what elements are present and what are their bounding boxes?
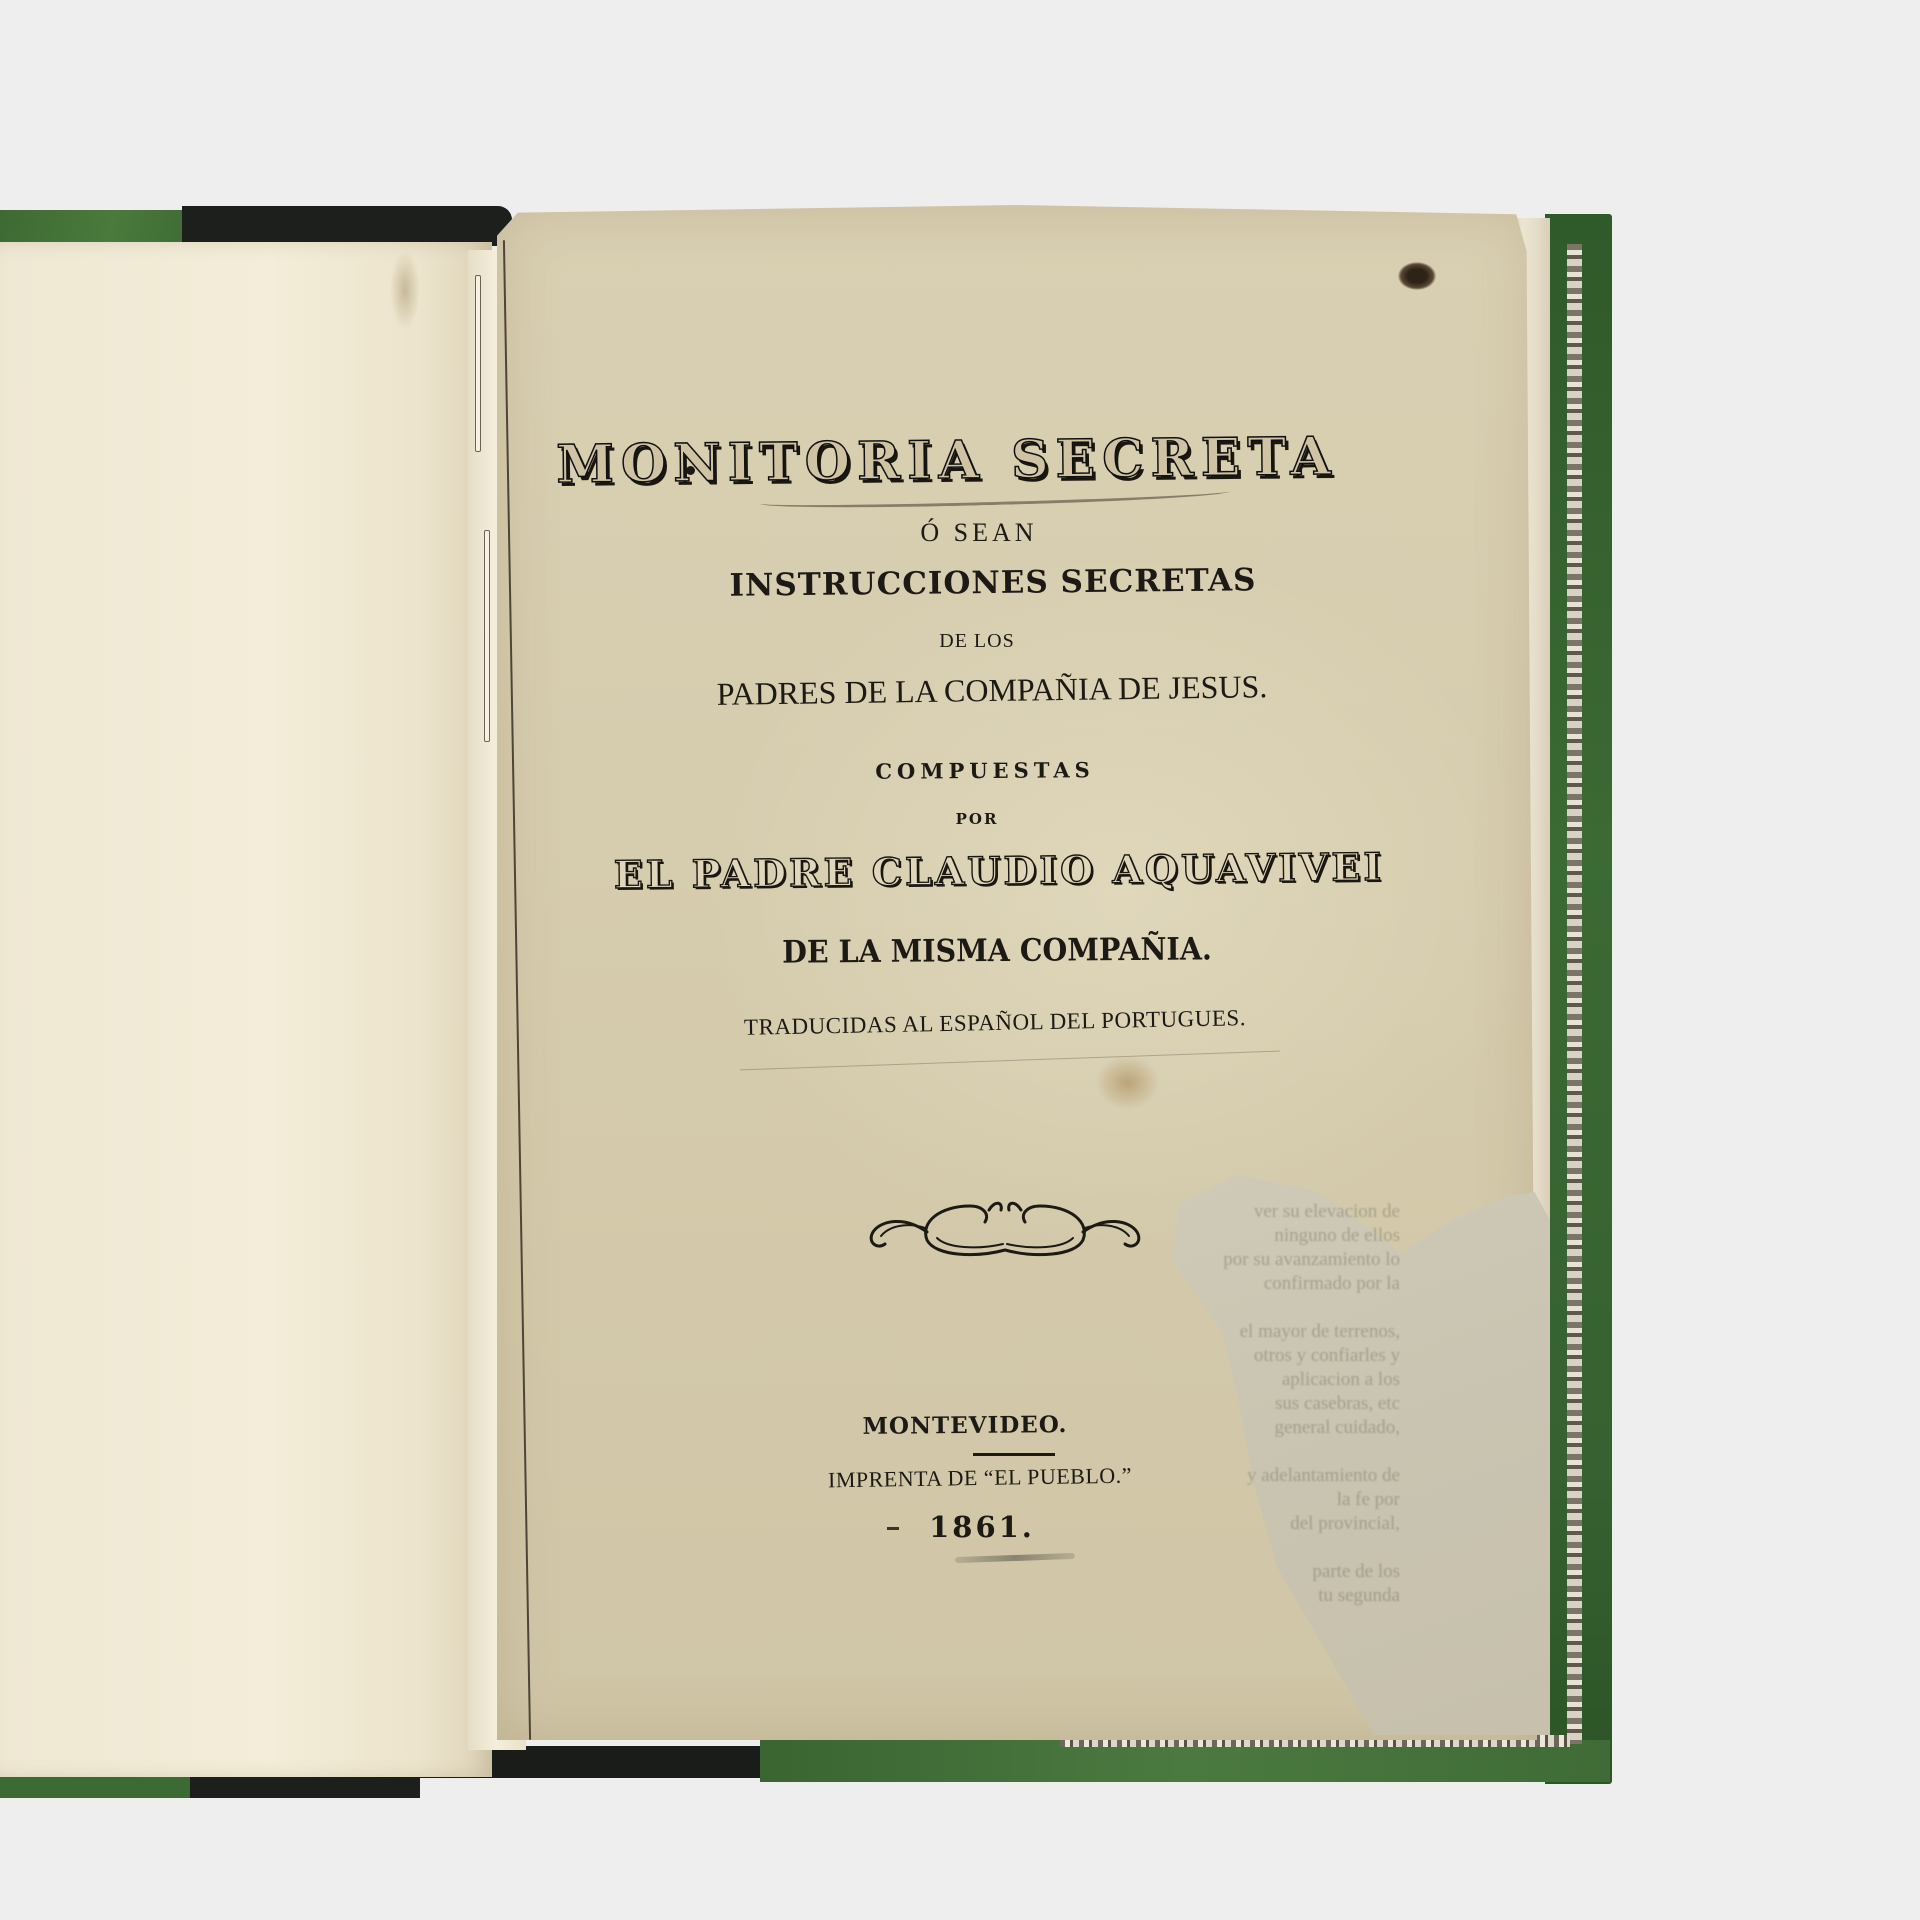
main-title: MONITORIA SECRETA [427, 425, 1468, 497]
left-page-stain [390, 250, 420, 330]
subtitle-line-2: DE LOS [457, 630, 1497, 653]
left-blank-page [0, 242, 492, 1777]
scroll-flourish-icon [865, 1192, 1145, 1268]
marbled-endpaper-edge [1567, 244, 1582, 1744]
imprint-rule [973, 1453, 1055, 1456]
binding-stitch [475, 275, 481, 452]
imprint-year: 1861. [462, 1510, 1502, 1544]
left-cover-board [0, 210, 185, 246]
foxing-stain [1095, 1055, 1160, 1110]
spine-top [182, 206, 512, 246]
author-affiliation: DE LA MISMA COMPAÑIA. [518, 929, 1475, 972]
book-photo: ver su elevacion de ninguno de ellos por… [0, 0, 1920, 1920]
by-label: POR [457, 810, 1497, 828]
worm-hole [1398, 262, 1436, 290]
show-through-text: ver su elevacion de ninguno de ellos por… [1185, 1200, 1400, 1608]
title-connector: Ó SEAN [459, 518, 1499, 548]
